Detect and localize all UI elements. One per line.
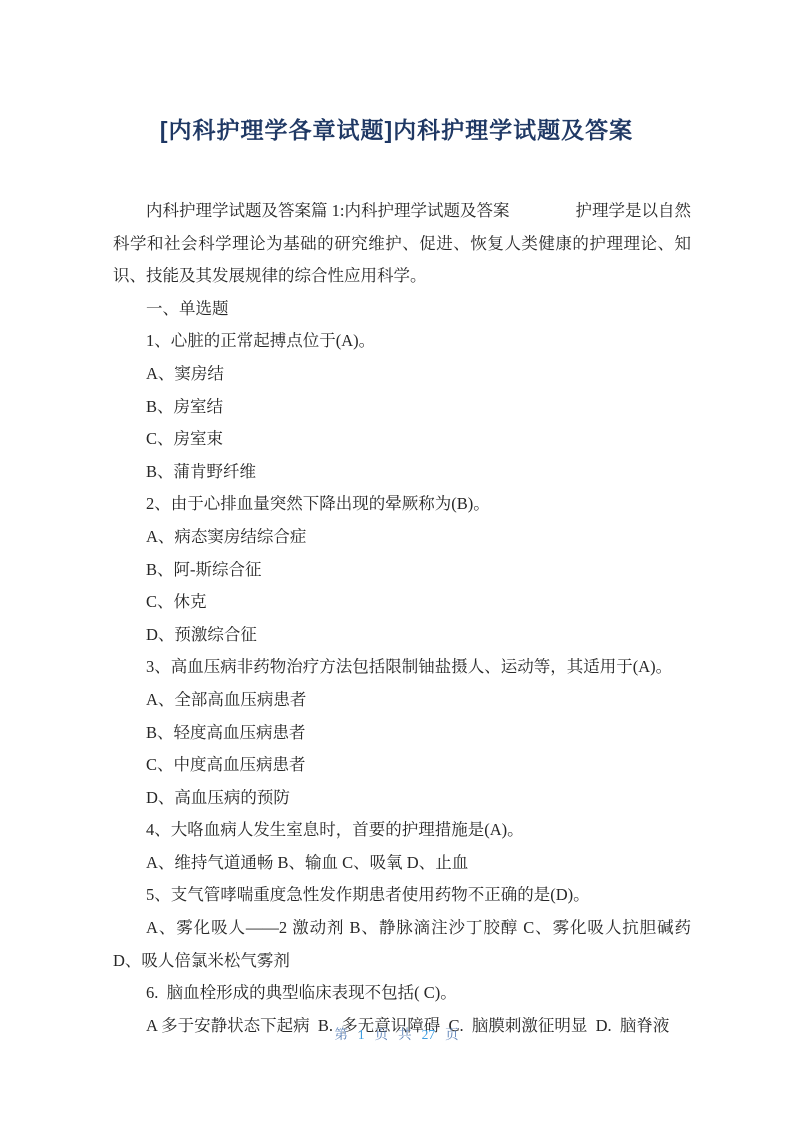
paragraph: D、预激综合征 bbox=[113, 619, 691, 652]
paragraph: D、高血压病的预防 bbox=[113, 782, 691, 815]
paragraph: 内科护理学试题及答案篇 1:内科护理学试题及答案 护理学是以自然科学和社会科学理… bbox=[113, 195, 691, 293]
footer-label: 页 bbox=[375, 1027, 389, 1042]
footer-label: 页 bbox=[445, 1027, 459, 1042]
footer-number: 1 bbox=[358, 1027, 365, 1042]
paragraph: B、阿-斯综合征 bbox=[113, 554, 691, 587]
paragraph: A、雾化吸人——2 激动剂 B、静脉滴注沙丁胶醇 C、雾化吸人抗胆碱药 D、吸人… bbox=[113, 912, 691, 977]
paragraph: B、房室结 bbox=[113, 391, 691, 424]
paragraph: A、病态窦房结综合症 bbox=[113, 521, 691, 554]
page-footer: 第1页共27页 bbox=[0, 1026, 793, 1044]
paragraph: 一、单选题 bbox=[113, 293, 691, 326]
paragraph: A、维持气道通畅 B、输血 C、吸氧 D、止血 bbox=[113, 847, 691, 880]
paragraph: 5、支气管哮喘重度急性发作期患者使用药物不正确的是(D)。 bbox=[113, 879, 691, 912]
paragraph: C、中度高血压病患者 bbox=[113, 749, 691, 782]
paragraph: B、蒲肯野纤维 bbox=[113, 456, 691, 489]
footer-number: 27 bbox=[422, 1027, 436, 1042]
document-page: [内科护理学各章试题]内科护理学试题及答案 内科护理学试题及答案篇 1:内科护理… bbox=[0, 0, 793, 1122]
paragraph: 2、由于心排血量突然下降出现的晕厥称为(B)。 bbox=[113, 488, 691, 521]
paragraph: 4、大咯血病人发生室息时，首要的护理措施是(A)。 bbox=[113, 814, 691, 847]
paragraph: A、全部高血压病患者 bbox=[113, 684, 691, 717]
paragraph: 3、高血压病非药物治疗方法包括限制铀盐摄人、运动等，其适用于(A)。 bbox=[113, 651, 691, 684]
paragraph: C、房室束 bbox=[113, 423, 691, 456]
footer-label: 第 bbox=[334, 1027, 348, 1042]
footer-label: 共 bbox=[398, 1027, 412, 1042]
paragraph: A、窦房结 bbox=[113, 358, 691, 391]
document-title: [内科护理学各章试题]内科护理学试题及答案 bbox=[0, 0, 793, 145]
document-body: 内科护理学试题及答案篇 1:内科护理学试题及答案 护理学是以自然科学和社会科学理… bbox=[113, 195, 691, 1042]
paragraph: 6. 脑血栓形成的典型临床表现不包括( C)。 bbox=[113, 977, 691, 1010]
paragraph: B、轻度高血压病患者 bbox=[113, 717, 691, 750]
paragraph: 1、心脏的正常起搏点位于(A)。 bbox=[113, 325, 691, 358]
paragraph: C、休克 bbox=[113, 586, 691, 619]
